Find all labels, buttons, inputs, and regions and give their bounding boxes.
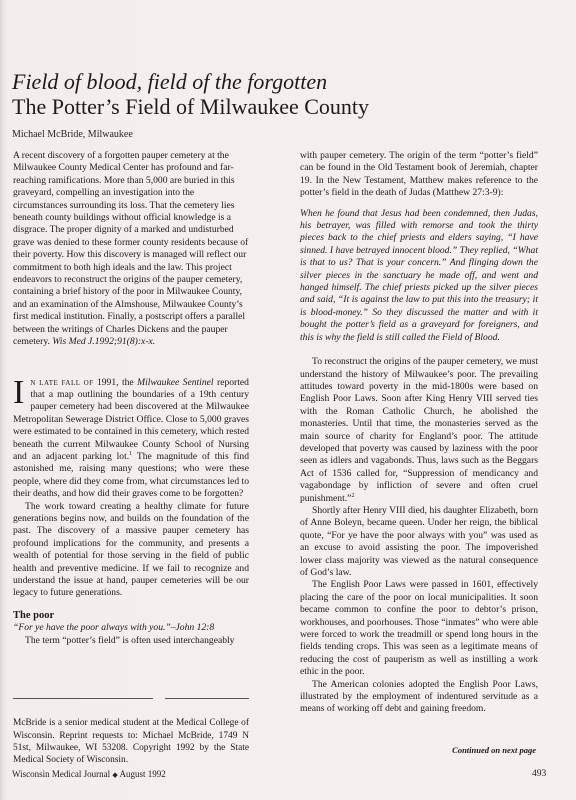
intro-text: reported that a map outlining the bounda… <box>13 377 249 462</box>
journal-footer: Wisconsin Medical Journal ◆ August 1992 <box>12 769 166 779</box>
scripture-quote: When he found that Jesus had been condem… <box>300 208 538 344</box>
abstract-citation: Wis Med J.1992;91(8):x-x. <box>52 336 155 347</box>
body-paragraph: To reconstruct the origins of the pauper… <box>300 356 538 505</box>
intro-smallcaps: N LATE FALL OF <box>30 379 93 387</box>
footnote-divider <box>13 698 153 699</box>
body-paragraph: Shortly after Henry VIII died, his daugh… <box>300 505 538 579</box>
newspaper-name: Milwaukee Sentinel <box>137 377 213 388</box>
diamond-separator-icon: ◆ <box>112 771 117 779</box>
drop-cap: I <box>13 379 24 407</box>
abstract: A recent discovery of a forgotten pauper… <box>13 150 249 349</box>
continued-note: Continued on next page <box>452 745 536 755</box>
footnote-divider <box>165 698 249 699</box>
section-heading: The poor <box>13 610 249 622</box>
issue-date: August 1992 <box>120 769 166 779</box>
right-column: with pauper cemetery. The origin of the … <box>300 150 538 716</box>
body-paragraph: The term “potter’s field” is often used … <box>13 635 249 647</box>
body-paragraph: The American colonies adopted the Englis… <box>300 679 538 716</box>
article-title: The Potter’s Field of Milwaukee County <box>12 94 369 119</box>
epigraph: “For ye have the poor always with you.”–… <box>13 622 249 634</box>
spacer <box>13 349 249 377</box>
abstract-text: A recent discovery of a forgotten pauper… <box>13 150 248 347</box>
journal-name: Wisconsin Medical Journal <box>12 769 110 779</box>
body-paragraph: The English Poor Laws were passed in 160… <box>300 579 538 678</box>
author-footnote: McBride is a senior medical student at t… <box>13 717 249 766</box>
journal-page: Field of blood, field of the forgotten T… <box>0 0 576 800</box>
intro-text: 1991, the <box>94 377 138 388</box>
left-column: A recent discovery of a forgotten pauper… <box>13 150 249 647</box>
article-kicker: Field of blood, field of the forgotten <box>12 70 369 94</box>
footnote-ref: 2 <box>351 492 354 498</box>
body-paragraph: The work toward creating a healthy clima… <box>13 501 249 600</box>
intro-paragraph: IN LATE FALL OF 1991, the Milwaukee Sent… <box>13 377 249 501</box>
page-number: 493 <box>532 769 546 779</box>
title-block: Field of blood, field of the forgotten T… <box>12 70 369 119</box>
body-paragraph: with pauper cemetery. The origin of the … <box>300 150 538 200</box>
paragraph-text: To reconstruct the origins of the pauper… <box>300 356 538 503</box>
author-line: Michael McBride, Milwaukee <box>12 129 133 140</box>
